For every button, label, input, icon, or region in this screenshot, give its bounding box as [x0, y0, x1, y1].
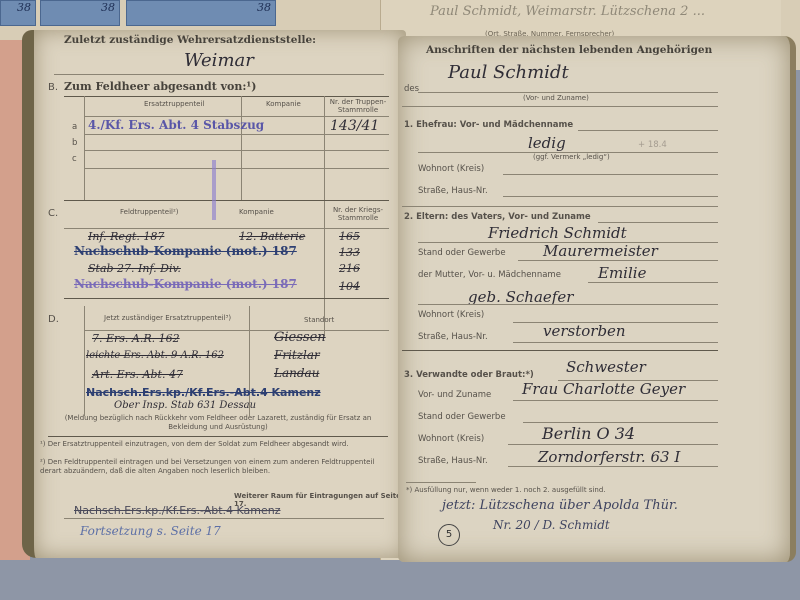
row-unit: 4./Kf. Ers. Abt. 4 Stabszug	[88, 118, 264, 132]
wife-label: 1. Ehefrau: Vor- und Mädchenname	[404, 120, 573, 130]
row-key: b	[72, 138, 77, 148]
row-location: Fritzlar	[274, 348, 320, 362]
mother-name: Emilie	[598, 264, 646, 282]
wife-value: ledig	[528, 134, 566, 152]
stamp-value: 38	[257, 1, 271, 14]
relative-name: Frau Charlotte Geyer	[522, 380, 685, 398]
row-unit: Nachschub-Kompanie (mot.) 187	[74, 277, 297, 291]
parents-residence: verstorben	[543, 322, 626, 340]
relatives-label: 3. Verwandte oder Braut:*)	[404, 370, 534, 380]
father-occupation: Maurermeister	[543, 242, 658, 260]
des-caption: (Vor- und Zuname)	[523, 94, 589, 102]
right-title: Anschriften der nächsten lebenden Angehö…	[426, 44, 712, 56]
right-footnote: *) Ausfüllung nur, wenn weder 1. noch 2.…	[406, 486, 606, 494]
stamp-mark	[212, 160, 226, 220]
col-header: Nr. der Truppen-Stammrolle	[329, 98, 387, 114]
relative-relation: Schwester	[566, 358, 646, 376]
bottom-handwriting: Fortsetzung s. Seite 17	[80, 524, 221, 538]
page-number: 5	[438, 524, 460, 546]
parents-label: 2. Eltern: des Vaters, Vor- und Zuname	[404, 212, 591, 222]
relative-residence: Berlin O 34	[542, 424, 635, 443]
row-company: 12. Batterie	[239, 230, 305, 243]
left-page: Zuletzt zuständige Wehrersatzdienststell…	[22, 30, 406, 558]
footnote: ¹) Der Ersatztruppenteil einzutragen, vo…	[40, 440, 388, 449]
row-unit: leichte Ers. Abt. 9 A.R. 162	[86, 350, 224, 361]
section-b-title: Zum Feldheer abgesandt von:¹)	[64, 80, 256, 93]
background-handwriting: Paul Schmidt, Weimarstr. Lützschena 2 ..…	[430, 4, 705, 19]
parents-residence-label: Wohnort (Kreis)	[418, 310, 484, 320]
des-label: des	[404, 84, 419, 94]
col-header: Standort	[304, 316, 334, 324]
des-value: Paul Schmidt	[448, 62, 569, 83]
wife-faint-mark: + 18.4	[638, 140, 667, 150]
row-location: Giessen	[274, 330, 326, 345]
revenue-stamp: 38	[40, 0, 120, 26]
row-unit: Stab 27. Inf. Div.	[88, 262, 181, 275]
section-d-letter: D.	[48, 314, 59, 325]
row-unit: Inf. Regt. 187	[88, 230, 164, 243]
col-header: Feldtruppenteil²)	[120, 208, 179, 216]
row-key: a	[72, 122, 77, 132]
wife-residence-label: Wohnort (Kreis)	[418, 164, 484, 174]
header-label: Zuletzt zuständige Wehrersatzdienststell…	[64, 34, 316, 46]
row-location: Landau	[274, 366, 319, 380]
row-unit: 7. Ers. A.R. 162	[92, 332, 180, 345]
revenue-stamp: 38	[0, 0, 36, 26]
row-unit: Nachsch.Ers.kp./Kf.Ers.-Abt.4 Kamenz	[86, 386, 321, 399]
right-page: Anschriften der nächsten lebenden Angehö…	[398, 36, 796, 562]
relative-street-label: Straße, Haus-Nr.	[418, 456, 488, 466]
row-number: 143/41	[330, 118, 379, 134]
father-name: Friedrich Schmidt	[488, 224, 627, 242]
footnote: ²) Den Feldtruppenteil eintragen und bei…	[40, 458, 388, 476]
wife-street-label: Straße, Haus-Nr.	[418, 186, 488, 196]
relative-residence-label: Wohnort (Kreis)	[418, 434, 484, 444]
mother-label: der Mutter, Vor- u. Mädchenname	[418, 270, 561, 280]
row-number: 133	[339, 246, 360, 259]
bottom-handwriting-line-1: jetzt: Lützschena über Apolda Thür.	[442, 498, 678, 513]
relative-occupation-label: Stand oder Gewerbe	[418, 412, 506, 422]
row-unit: Art. Ers. Abt. 47	[92, 368, 183, 381]
col-header: Kompanie	[239, 208, 274, 216]
parents-street-label: Straße, Haus-Nr.	[418, 332, 488, 342]
col-header: Kompanie	[266, 100, 301, 108]
relative-street: Zorndorferstr. 63 I	[538, 448, 680, 466]
bottom-handwriting-line-2: Nr. 20 / D. Schmidt	[493, 518, 610, 532]
section-b-letter: B.	[48, 82, 58, 93]
stamp-value: 38	[17, 1, 31, 14]
row-number: 216	[339, 262, 360, 275]
header-value: Weimar	[184, 50, 254, 71]
relative-name-label: Vor- und Zuname	[418, 390, 491, 400]
stamp-value: 38	[101, 1, 115, 14]
col-header: Jetzt zuständiger Ersatztruppenteil³)	[104, 314, 231, 322]
row-number: 104	[339, 280, 360, 293]
row-key: c	[72, 154, 77, 164]
row-number: 165	[339, 230, 360, 243]
row-unit: Nachschub-Kompanie (mot.) 187	[74, 244, 297, 258]
bottom-struck-entry: Nachsch.Ers.kp./Kf.Ers.-Abt.4 Kamenz	[74, 504, 281, 517]
wife-caption: (ggf. Vermerk „ledig“)	[533, 153, 610, 161]
col-header: Ersatztruppenteil	[144, 100, 204, 108]
section-d-note: (Meldung bezüglich nach Rückkehr vom Fel…	[48, 414, 388, 432]
col-header: Nr. der Kriegs-Stammrolle	[329, 206, 387, 222]
father-occupation-label: Stand oder Gewerbe	[418, 248, 506, 258]
row-unit: Ober Insp. Stab 631 Dessau	[114, 400, 256, 411]
revenue-stamp: 38	[126, 0, 276, 26]
section-c-letter: C.	[48, 208, 58, 219]
